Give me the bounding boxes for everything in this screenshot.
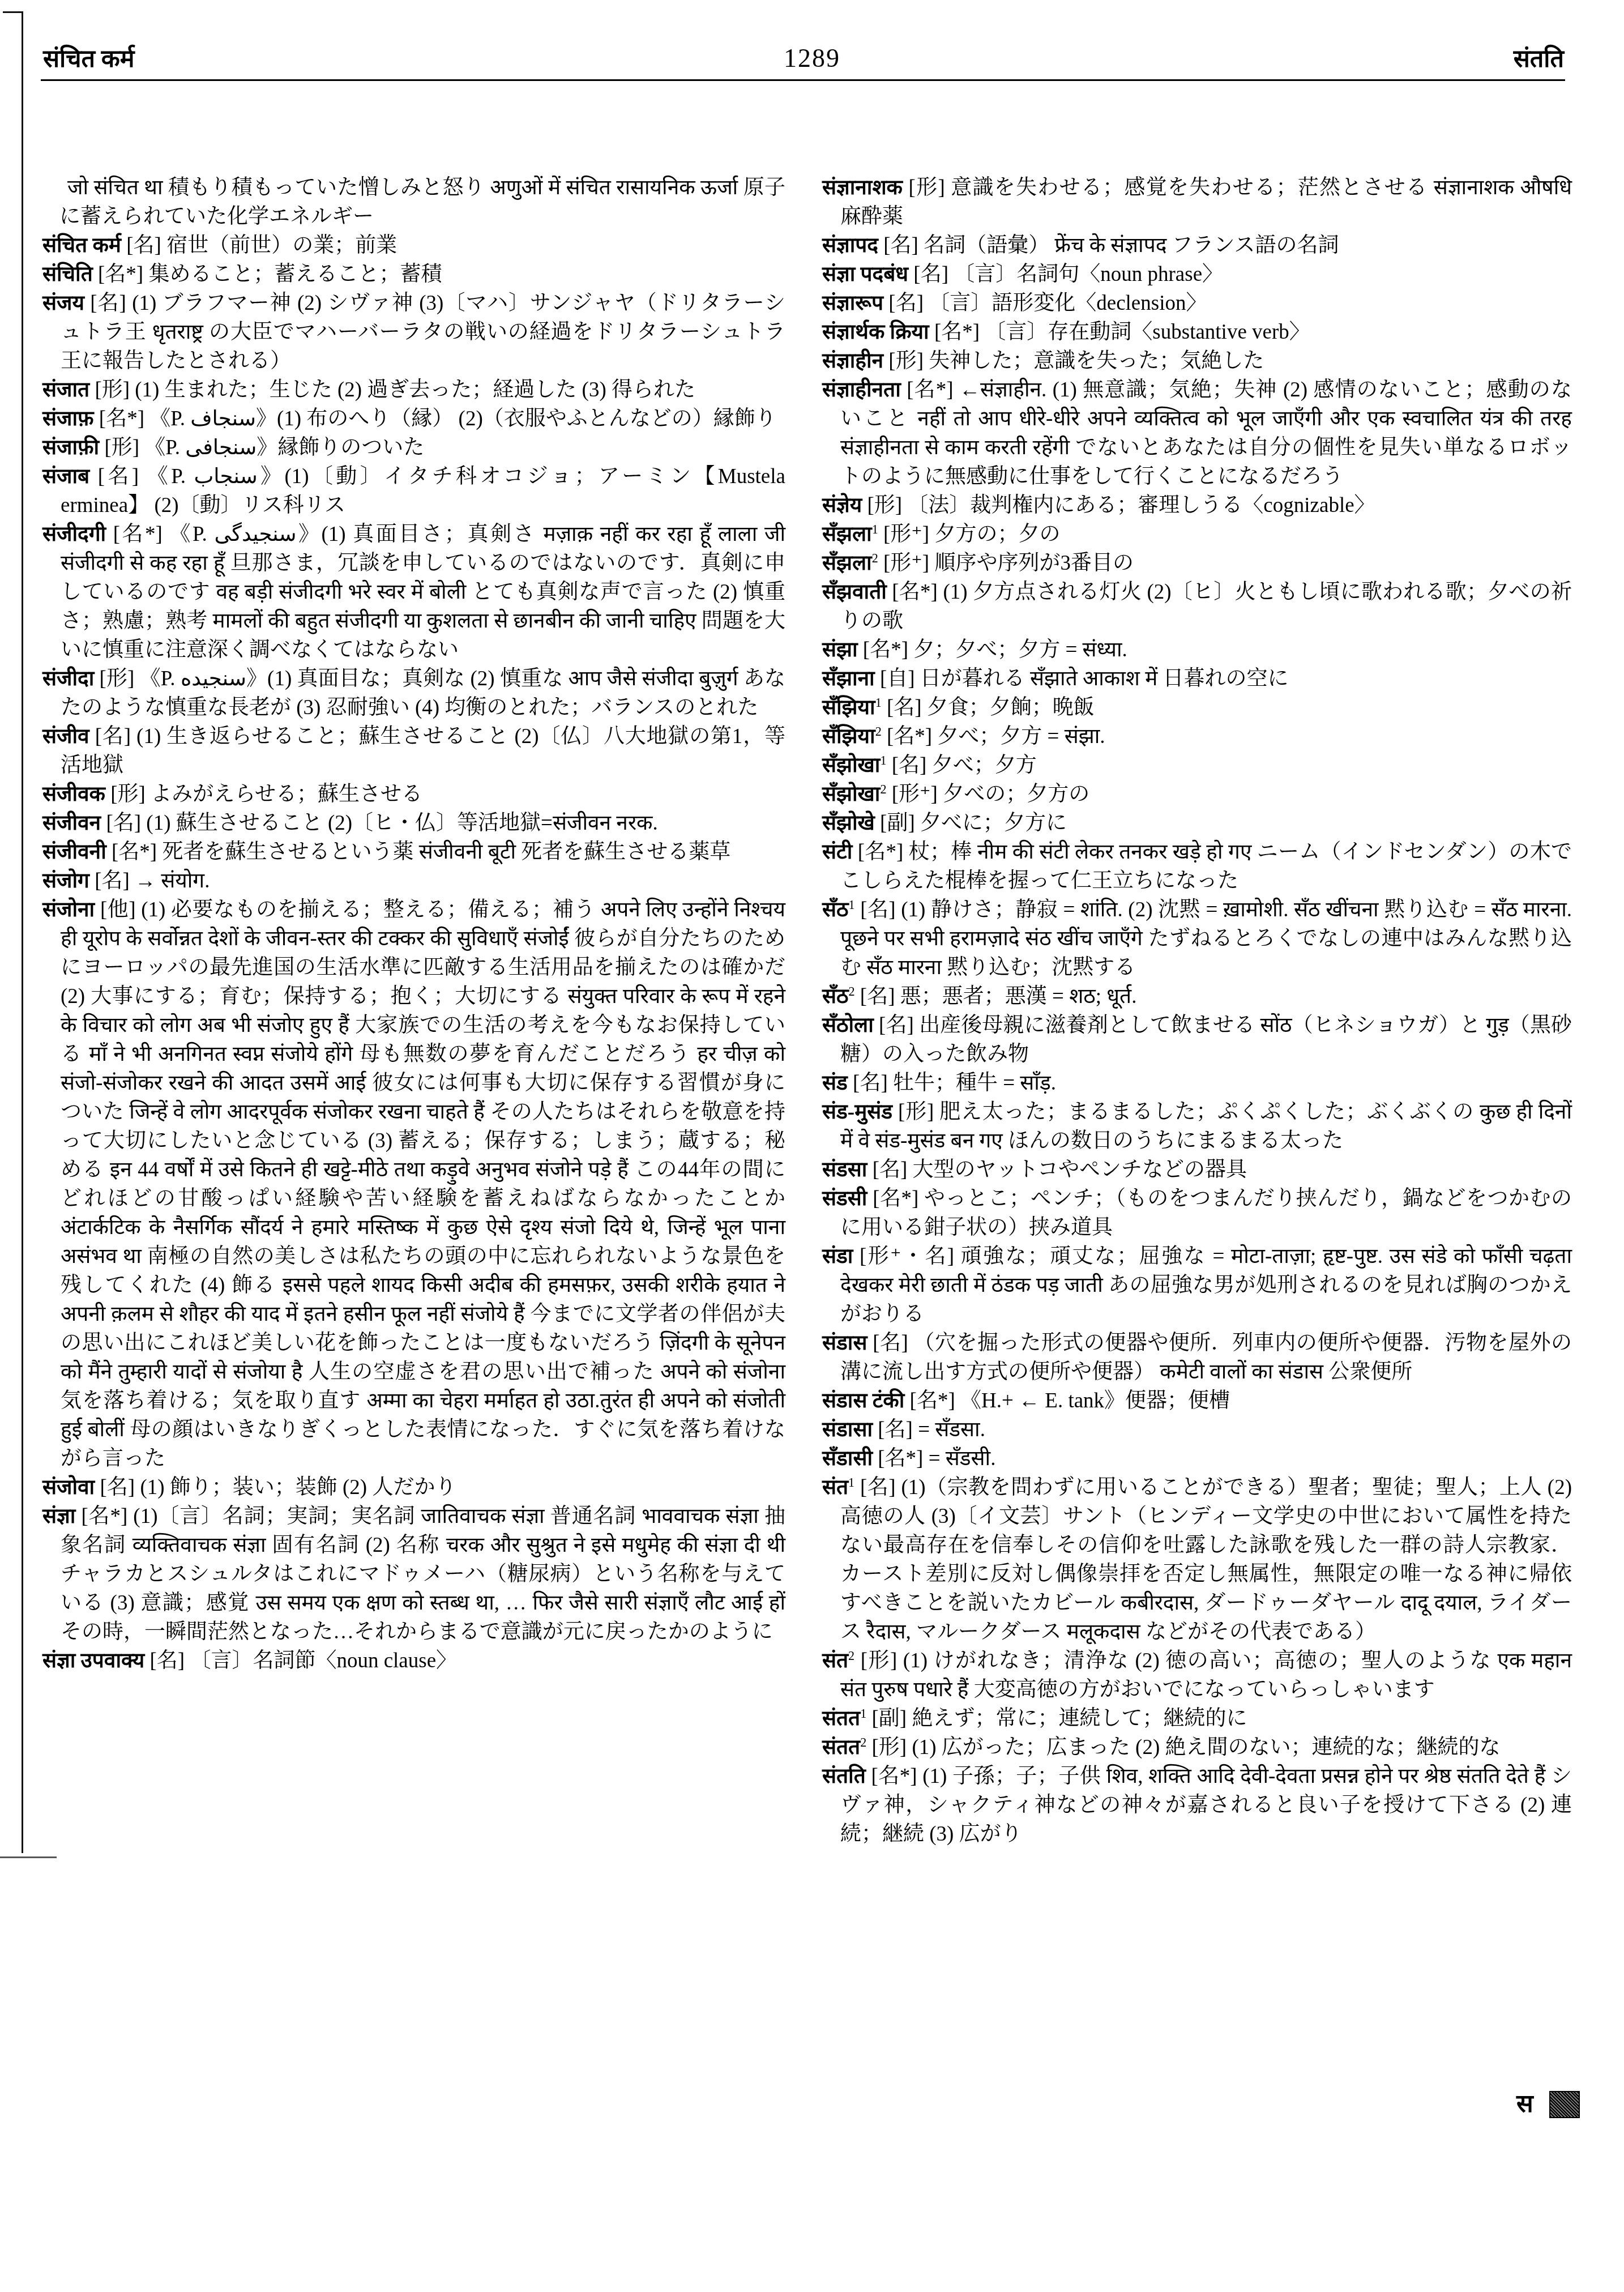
dictionary-entry: संज्ञापद [名] 名詞（語彙） फ्रेंच के संज्ञापद フ… [822, 231, 1572, 260]
entry-headword: संज्ञापद [822, 234, 878, 257]
entry-body: 《P. سنجیده》(1) 真面目な；真剣な (2) 慎重な आप जैसे … [61, 667, 785, 719]
headword-superscript: 2 [880, 782, 886, 796]
entry-headword: संज्ञा उपवाक्य [42, 1649, 144, 1672]
dictionary-entry: संजीदा [形] 《P. سنجیده》(1) 真面目な；真剣な (2) 慎… [42, 664, 785, 722]
pos-tag: [名] [908, 263, 954, 286]
pos-tag: [形] [892, 1100, 939, 1124]
pos-tag: [名*] [887, 581, 943, 604]
dictionary-entry: सँठोला [名] 出産後母親に滋養剤として飲ませる सोंठ（ヒネショウガ）… [822, 1011, 1572, 1069]
dictionary-entry: संडास टंकी [名*] 《H.+ ← E. tank》便器；便槽 [822, 1386, 1572, 1415]
entry-body: 牡牛；種牛 = साँड़. [893, 1072, 1056, 1095]
dictionary-entry: संतति [名*] (1) 子孫；子；子供 शिव, शक्ति आदि दे… [822, 1762, 1572, 1849]
headword-superscript: 1 [860, 1706, 866, 1721]
header-guideword-right: संतति [1514, 41, 1564, 74]
entry-headword: संत [822, 1649, 848, 1672]
entry-headword: संजीवक [42, 783, 105, 806]
pos-tag: [名*] [867, 1187, 924, 1210]
pos-tag: [名*] [866, 1765, 922, 1788]
dictionary-entry: संतत2 [形] (1) 広がった；広まった (2) 絶え間のない；連続的な；… [822, 1733, 1572, 1762]
entry-headword: संज्ञाहीन [822, 349, 883, 373]
pos-tag: [名*] [852, 840, 909, 864]
pos-tag: [他] [95, 898, 141, 921]
header-page-number: 1289 [0, 43, 1624, 73]
entry-body: （穴を掘った形式の便器や便所．列車内の便所や便器．汚物を屋外の溝に流し出す方式の… [840, 1331, 1572, 1384]
thumb-index-letter: स [1516, 2085, 1533, 2119]
dictionary-entry: संत2 [形] (1) けがれなき；清浄な (2) 徳の高い；高徳の；聖人のよ… [822, 1646, 1572, 1704]
headword-superscript: 1 [849, 898, 855, 912]
entry-body: 夕食；夕餉；晩飯 [927, 696, 1095, 719]
headword-superscript: 2 [848, 1649, 854, 1663]
dictionary-entry: सँझोखा2 [形⁺] 夕べの；夕方の [822, 780, 1572, 809]
entry-body: よみがえらせる；蘇生させる [151, 783, 422, 806]
pos-tag: [名] [848, 1072, 893, 1095]
entry-headword: सँझोखा [822, 783, 880, 806]
entry-body: (1) けがれなき；清浄な (2) 徳の高い；高徳の；聖人のような एक महा… [840, 1649, 1572, 1701]
pos-tag: [名] [878, 234, 924, 257]
entry-headword: सँडासी [822, 1447, 873, 1470]
entry-body: 《P. سنجاف》(1) 布のへり（縁） (2)（衣服やふとんなどの）縁飾り [149, 407, 776, 430]
pos-tag: [形] [866, 1736, 912, 1759]
dictionary-entry: सँझिया1 [名] 夕食；夕餉；晩飯 [822, 693, 1572, 722]
entry-headword: संतत [822, 1707, 860, 1730]
pos-tag: [副] [866, 1707, 912, 1730]
entry-headword: संजाफ़ [42, 407, 94, 430]
pos-tag: [名*] [858, 638, 914, 661]
dictionary-entry: संडा [形⁺・名] 頑強な；頑丈な；屈強な = मोटा-ताज़ा; हृ… [822, 1242, 1572, 1329]
pos-tag: [名] [89, 725, 136, 748]
entry-headword: संज्ञा [42, 1505, 75, 1528]
pos-tag: [自] [875, 667, 920, 690]
pos-tag: [形⁺] [878, 523, 935, 546]
pos-tag: [名] [887, 754, 932, 777]
headword-superscript: 2 [875, 724, 882, 739]
dictionary-entry: संज्ञारूप [名] 〔言〕語形変化〈declension〉 [822, 289, 1572, 318]
entry-body: 日が暮れる सँझाते आकाश में 日暮れの空に [920, 667, 1289, 690]
entry-body: 順序や序列が3番目の [934, 552, 1134, 575]
entry-body: やっとこ；ペンチ；（ものをつまんだり挟んだり，鍋などをつかむのに用いる鉗子状の）… [840, 1187, 1572, 1239]
entry-headword: संज्ञार्थक क्रिया [822, 321, 929, 344]
dictionary-entry: संडास [名] （穴を掘った形式の便器や便所．列車内の便所や便器．汚物を屋外… [822, 1329, 1572, 1386]
entry-headword: संतति [822, 1765, 866, 1788]
dictionary-entry: सँझोखे [副] 夕べに；夕方に [822, 809, 1572, 838]
entry-body: (1) 広がった；広まった (2) 絶え間のない；連続的な；継続的な [912, 1736, 1500, 1759]
entry-headword: संज्ञानाशक [822, 176, 903, 199]
entry-body: 夕べ；夕方 [932, 754, 1037, 777]
pos-tag: [名] [855, 898, 901, 921]
entry-headword: संड [822, 1072, 848, 1095]
pos-tag: [名] [144, 1649, 190, 1672]
entry-body: (1) 蘇生させること (2)〔ヒ・仏〕等活地獄=संजीवन नरक. [146, 812, 657, 835]
entry-headword: संजीवन [42, 812, 101, 835]
entry-body: (1) 飾り；装い；装飾 (2) 人だかり [140, 1476, 456, 1499]
entry-headword: संत [822, 1476, 848, 1499]
dictionary-entry: संडासा [名] = सँडसा. [822, 1415, 1572, 1444]
pos-tag: [名*] [873, 1447, 929, 1470]
entry-body: 悪；悪者；悪漢 = शठ; धूर्त. [900, 985, 1137, 1008]
entry-headword: संचिति [42, 263, 93, 286]
headword-superscript: 1 [875, 695, 882, 710]
entry-body: 《H.+ ← E. tank》便器；便槽 [960, 1389, 1230, 1412]
entry-body: 絶えず；常に；連続して；継続的に [912, 1707, 1247, 1730]
entry-body: 《P. سنجاب》(1)〔動〕イタチ科オコジョ；アーミン【Mustela er… [61, 465, 785, 517]
pos-tag: [名] [121, 234, 166, 257]
pos-tag: [形] [99, 436, 144, 459]
entry-body: 〔言〕語形変化〈declension〉 [929, 292, 1207, 315]
entry-body: → संयोग. [135, 869, 210, 893]
entry-headword: संडा [822, 1245, 853, 1268]
entry-headword: संतत [822, 1736, 860, 1759]
entry-headword: संडासा [822, 1418, 873, 1441]
headword-superscript: 2 [872, 551, 878, 565]
entry-body: 宿世（前世）の業；前業 [166, 234, 397, 257]
pos-tag: [名*] [882, 725, 938, 748]
dictionary-entry: संजाब [名] 《P. سنجاب》(1)〔動〕イタチ科オコジョ；アーミン【… [42, 462, 785, 520]
dictionary-entry: संतत1 [副] 絶えず；常に；連続して；継続的に [822, 1704, 1572, 1733]
entry-body: 〔言〕存在動詞〈substantive verb〉 [985, 321, 1310, 344]
entry-body: 《P. سنجافی》縁飾りのついた [144, 436, 424, 459]
dictionary-entry: संचित कर्म [名] 宿世（前世）の業；前業 [42, 231, 785, 260]
dictionary-scan-page: संचित कर्म 1289 संतति जो संचित था 積もり積もっ… [0, 0, 1624, 2292]
pos-tag: [名] [855, 985, 900, 1008]
entry-body: 集めること；蓄えること；蓄積 [148, 263, 442, 286]
entry-body: (1) 必要なものを揃える；整える；備える；補う अपने लिए उन्हों… [61, 898, 785, 1470]
dictionary-entry: सँझाना [自] 日が暮れる सँझाते आकाश में 日暮れの空に [822, 664, 1572, 693]
entry-headword: सँझोखा [822, 754, 880, 777]
pos-tag: [名*] [904, 1389, 960, 1412]
entry-body: (1)（宗教を問わずに用いることができる）聖者；聖徒；聖人；上人 (2) 高徳の… [840, 1476, 1572, 1644]
dictionary-entry: संज्ञार्थक क्रिया [名*] 〔言〕存在動詞〈substanti… [822, 318, 1572, 347]
pos-tag: [副] [875, 812, 920, 835]
pos-tag: [名] [89, 869, 135, 893]
dictionary-entry: संज्ञेय [形] 〔法〕裁判権内にある；審理しうる〈cognizable〉 [822, 491, 1572, 520]
pos-tag: [名] [882, 696, 927, 719]
pos-tag: [形⁺・名] [853, 1245, 960, 1268]
dictionary-entry: संडसा [名] 大型のヤットコやペンチなどの器具 [822, 1155, 1572, 1184]
entry-headword: सँझोखे [822, 812, 875, 835]
entry-headword: सँझिया [822, 696, 875, 719]
dictionary-entry: संजीवक [形] よみがえらせる；蘇生させる [42, 780, 785, 809]
dictionary-entry: संज्ञाहीनता [名*] ←संज्ञाहीन. (1) 無意識；気絶；… [822, 375, 1572, 491]
entry-headword: संजात [42, 378, 89, 402]
scan-edge-top-tick [3, 11, 23, 13]
entry-headword: संडसी [822, 1187, 867, 1210]
dictionary-entry: संजीव [名] (1) 生き返らせること；蘇生させること (2)〔仏〕八大地… [42, 722, 785, 780]
dictionary-entry: संज्ञानाशक [形] 意識を失わせる；感覚を失わせる；茫然とさせる सं… [822, 173, 1572, 231]
entry-headword: संडास [822, 1331, 867, 1355]
pos-tag: [形] [862, 494, 907, 517]
pos-tag: [名*] [94, 407, 150, 430]
dictionary-entry: संत1 [名] (1)（宗教を問わずに用いることができる）聖者；聖徒；聖人；上… [822, 1473, 1572, 1646]
dictionary-entry: सँझिया2 [名*] 夕べ；夕方 = संझा. [822, 722, 1572, 751]
headword-superscript: 2 [860, 1735, 866, 1749]
dictionary-entry: संजीवन [名] (1) 蘇生させること (2)〔ヒ・仏〕等活地獄=संजी… [42, 809, 785, 838]
entry-headword: संटी [822, 840, 852, 864]
pos-tag: [名] [89, 465, 147, 488]
entry-headword: संजोग [42, 869, 89, 893]
entry-headword: संचित कर्म [42, 234, 121, 257]
entry-headword: संजीदगी [42, 523, 106, 546]
entry-headword: सँझला [822, 523, 872, 546]
dictionary-entry: संजात [形] (1) 生まれた；生じた (2) 過ぎ去った；経過した (3… [42, 375, 785, 404]
pos-tag: [名] [84, 292, 132, 315]
dictionary-entry: संजय [名] (1) ブラフマー神 (2) シヴァ神 (3)〔マハ〕サンジャ… [42, 289, 785, 375]
entry-headword: सँझवाती [822, 581, 887, 604]
dictionary-entry: सँझवाती [名*] (1) 夕方点される灯火 (2)〔ヒ〕火ともし頃に歌わ… [822, 578, 1572, 635]
entry-body: (1) 静けさ；静寂 = शांति. (2) 沈黙 = ख़ामोशी. सँ… [840, 898, 1572, 979]
dictionary-entry: संजोग [名] → संयोग. [42, 867, 785, 895]
dictionary-entry: संजीदगी [名*] 《P. سنجیدگی》(1) 真面目さ；真剣さ मज… [42, 520, 785, 664]
dictionary-entry: संझा [名*] 夕；夕べ；夕方 = संध्या. [822, 635, 1572, 664]
dictionary-entry: संजाफ़ी [形] 《P. سنجافی》縁飾りのついた [42, 433, 785, 462]
dictionary-entry: संचिति [名*] 集めること；蓄えること；蓄積 [42, 260, 785, 289]
entry-body: 杖；棒 नीम की संटी लेकर तनकर खड़े हो गए ニーム… [840, 840, 1572, 893]
entry-body: 《P. سنجیدگی》(1) 真面目さ；真剣さ मज़ाक़ नहीं कर … [61, 523, 785, 661]
entry-headword: सँठोला [822, 1014, 874, 1037]
entry-headword: संज्ञा पदबंध [822, 263, 908, 286]
dictionary-entry: संजीवनी [名*] 死者を蘇生させるという薬 संजीवनी बूटी 死… [42, 838, 785, 867]
entry-body: 夕；夕べ；夕方 = संध्या. [913, 638, 1127, 661]
entry-headword: सँझाना [822, 667, 875, 690]
pos-tag: [形] [854, 1649, 903, 1672]
pos-tag: [名] [873, 1418, 918, 1441]
pos-tag: [形⁺] [887, 783, 943, 806]
entry-body: = सँडसा. [918, 1418, 985, 1441]
entry-continuation: जो संचित था 積もり積もっていた憎しみと怒り अणुओं में सं… [42, 173, 785, 231]
entry-body: = सँडसी. [929, 1447, 996, 1470]
dictionary-entry: संडसी [名*] やっとこ；ペンチ；（ものをつまんだり挟んだり，鍋などをつか… [822, 1184, 1572, 1242]
headword-superscript: 1 [880, 753, 886, 767]
scan-edge-bottom-smudge [0, 1856, 57, 1858]
pos-tag: [名] [867, 1331, 913, 1355]
dictionary-entry: संड [名] 牡牛；種牛 = साँड़. [822, 1069, 1572, 1098]
entry-headword: संजोना [42, 898, 95, 921]
headword-superscript: 1 [872, 522, 878, 536]
entry-body: 夕方の；夕の [934, 523, 1060, 546]
entry-headword: संजीव [42, 725, 89, 748]
entry-body: 出産後母親に滋養剤として飲ませる सोंठ（ヒネショウガ）と गुड़（黒砂糖）… [840, 1014, 1572, 1066]
entry-body: (1)〔言〕名詞；実詞；実名詞 जातिवाचक संज्ञा 普通名詞 भाव… [61, 1505, 785, 1644]
entry-headword: संजोवा [42, 1476, 95, 1499]
pos-tag: [形] [94, 667, 139, 690]
entry-body: 夕べ；夕方 = संझा. [937, 725, 1105, 748]
entry-body: (1) 子孫；子；子供 शिव, शक्ति आदि देवी-देवता प्… [840, 1765, 1572, 1846]
dictionary-entry: सँझला2 [形⁺] 順序や序列が3番目の [822, 549, 1572, 578]
entry-headword: संडास टंकी [822, 1389, 904, 1412]
dictionary-entry: सँठ1 [名] (1) 静けさ；静寂 = शांति. (2) 沈黙 = ख़… [822, 895, 1572, 982]
entry-headword: सँठ [822, 898, 849, 921]
pos-tag: [形] [105, 783, 151, 806]
entry-headword: संड-मुसंड [822, 1100, 892, 1124]
pos-tag: [名*] [106, 840, 163, 864]
entry-body: 大型のヤットコやペンチなどの器具 [913, 1158, 1247, 1181]
dictionary-entry: संड-मुसंड [形] 肥え太った；まるまるした；ぷくぷくした；ぶくぶくの … [822, 1098, 1572, 1155]
pos-tag: [名*] [106, 523, 169, 546]
entry-headword: सँठ [822, 985, 849, 1008]
entry-body: 〔言〕名詞節〈noun clause〉 [190, 1649, 457, 1672]
entry-headword: संजाब [42, 465, 89, 488]
dictionary-entry: संज्ञा [名*] (1)〔言〕名詞；実詞；実名詞 जातिवाचक संज… [42, 1502, 785, 1646]
entry-body: (1) 生き返らせること；蘇生させること (2)〔仏〕八大地獄の第1，等活地獄 [61, 725, 785, 777]
dictionary-entry: संज्ञाहीन [形] 失神した；意識を失った；気絶した [822, 347, 1572, 375]
entry-body: (1) ブラフマー神 (2) シヴァ神 (3)〔マハ〕サンジャヤ（ドリタラーシュ… [61, 292, 785, 373]
entry-headword: सँझिया [822, 725, 875, 748]
entry-headword: संझा [822, 638, 858, 661]
dictionary-entry: सँठ2 [名] 悪；悪者；悪漢 = शठ; धूर्त. [822, 982, 1572, 1011]
pos-tag: [名*] [93, 263, 149, 286]
pos-tag: [名] [95, 1476, 140, 1499]
entry-body: 夕べに；夕方に [920, 812, 1067, 835]
pos-tag: [形] [903, 176, 951, 199]
entry-headword: संज्ञाहीनता [822, 378, 901, 402]
entry-body: 名詞（語彙） फ्रेंच के संज्ञापद フランス語の名詞 [924, 234, 1339, 257]
pos-tag: [形⁺] [878, 552, 935, 575]
dictionary-entry: सँझला1 [形⁺] 夕方の；夕の [822, 520, 1572, 549]
entry-headword: संजीवनी [42, 840, 106, 864]
pos-tag: [名*] [901, 378, 959, 402]
entry-body: 肥え太った；まるまるした；ぷくぷくした；ぶくぶくの कुछ ही दिनों म… [840, 1100, 1572, 1153]
dictionary-entry: सँझोखा1 [名] 夕べ；夕方 [822, 751, 1572, 780]
pos-tag: [名] [874, 1014, 919, 1037]
dictionary-entry: संजाफ़ [名*] 《P. سنجاف》(1) 布のへり（縁） (2)（衣服… [42, 404, 785, 433]
pos-tag: [名] [867, 1158, 912, 1181]
entry-headword: सँझला [822, 552, 872, 575]
headword-superscript: 1 [848, 1475, 854, 1489]
pos-tag: [形] [883, 349, 929, 373]
entry-headword: संजीदा [42, 667, 94, 690]
pos-tag: [名] [854, 1476, 901, 1499]
thumb-index-tab [1550, 2092, 1579, 2117]
dictionary-entry: संज्ञा पदबंध [名] 〔言〕名詞句〈noun phrase〉 [822, 260, 1572, 289]
pos-tag: [形] [89, 378, 135, 402]
entry-headword: संडसा [822, 1158, 867, 1181]
entry-body: (1) 夕方点される灯火 (2)〔ヒ〕火ともし頃に歌われる歌；夕べの祈りの歌 [840, 581, 1572, 633]
pos-tag: [名*] [75, 1505, 133, 1528]
pos-tag: [名] [101, 812, 146, 835]
pos-tag: [名] [883, 292, 929, 315]
dictionary-entry: संटी [名*] 杖；棒 नीम की संटी लेकर तनकर खड़े… [822, 838, 1572, 895]
entry-headword: संजय [42, 292, 84, 315]
dictionary-entry: संज्ञा उपवाक्य [名] 〔言〕名詞節〈noun clause〉 [42, 1646, 785, 1675]
dictionary-entry: संजोवा [名] (1) 飾り；装い；装飾 (2) 人だかり [42, 1473, 785, 1502]
pos-tag: [名*] [929, 321, 985, 344]
entry-body: 失神した；意識を失った；気絶した [929, 349, 1264, 373]
entry-body: 夕べの；夕方の [943, 783, 1089, 806]
entry-body: 〔法〕裁判権内にある；審理しうる〈cognizable〉 [907, 494, 1375, 517]
entry-headword: संज्ञेय [822, 494, 862, 517]
entry-body: 死者を蘇生させるという薬 संजीवनी बूटी 死者を蘇生させる薬草 [162, 840, 730, 864]
dictionary-entry: संजोना [他] (1) 必要なものを揃える；整える；備える；補う अपने… [42, 895, 785, 1473]
headword-superscript: 2 [849, 984, 855, 998]
dictionary-entry: सँडासी [名*] = सँडसी. [822, 1444, 1572, 1473]
entry-body: 〔言〕名詞句〈noun phrase〉 [954, 263, 1223, 286]
right-column: संज्ञानाशक [形] 意識を失わせる；感覚を失わせる；茫然とさせる सं… [822, 173, 1572, 1849]
entry-headword: संजाफ़ी [42, 436, 99, 459]
entry-headword: संज्ञारूप [822, 292, 883, 315]
scan-edge-vertical-line [22, 11, 23, 1853]
left-column: जो संचित था 積もり積もっていた憎しみと怒り अणुओं में सं… [42, 173, 785, 1675]
header-rule [41, 79, 1565, 81]
entry-body: (1) 生まれた；生じた (2) 過ぎ去った；経過した (3) 得られた [135, 378, 695, 402]
